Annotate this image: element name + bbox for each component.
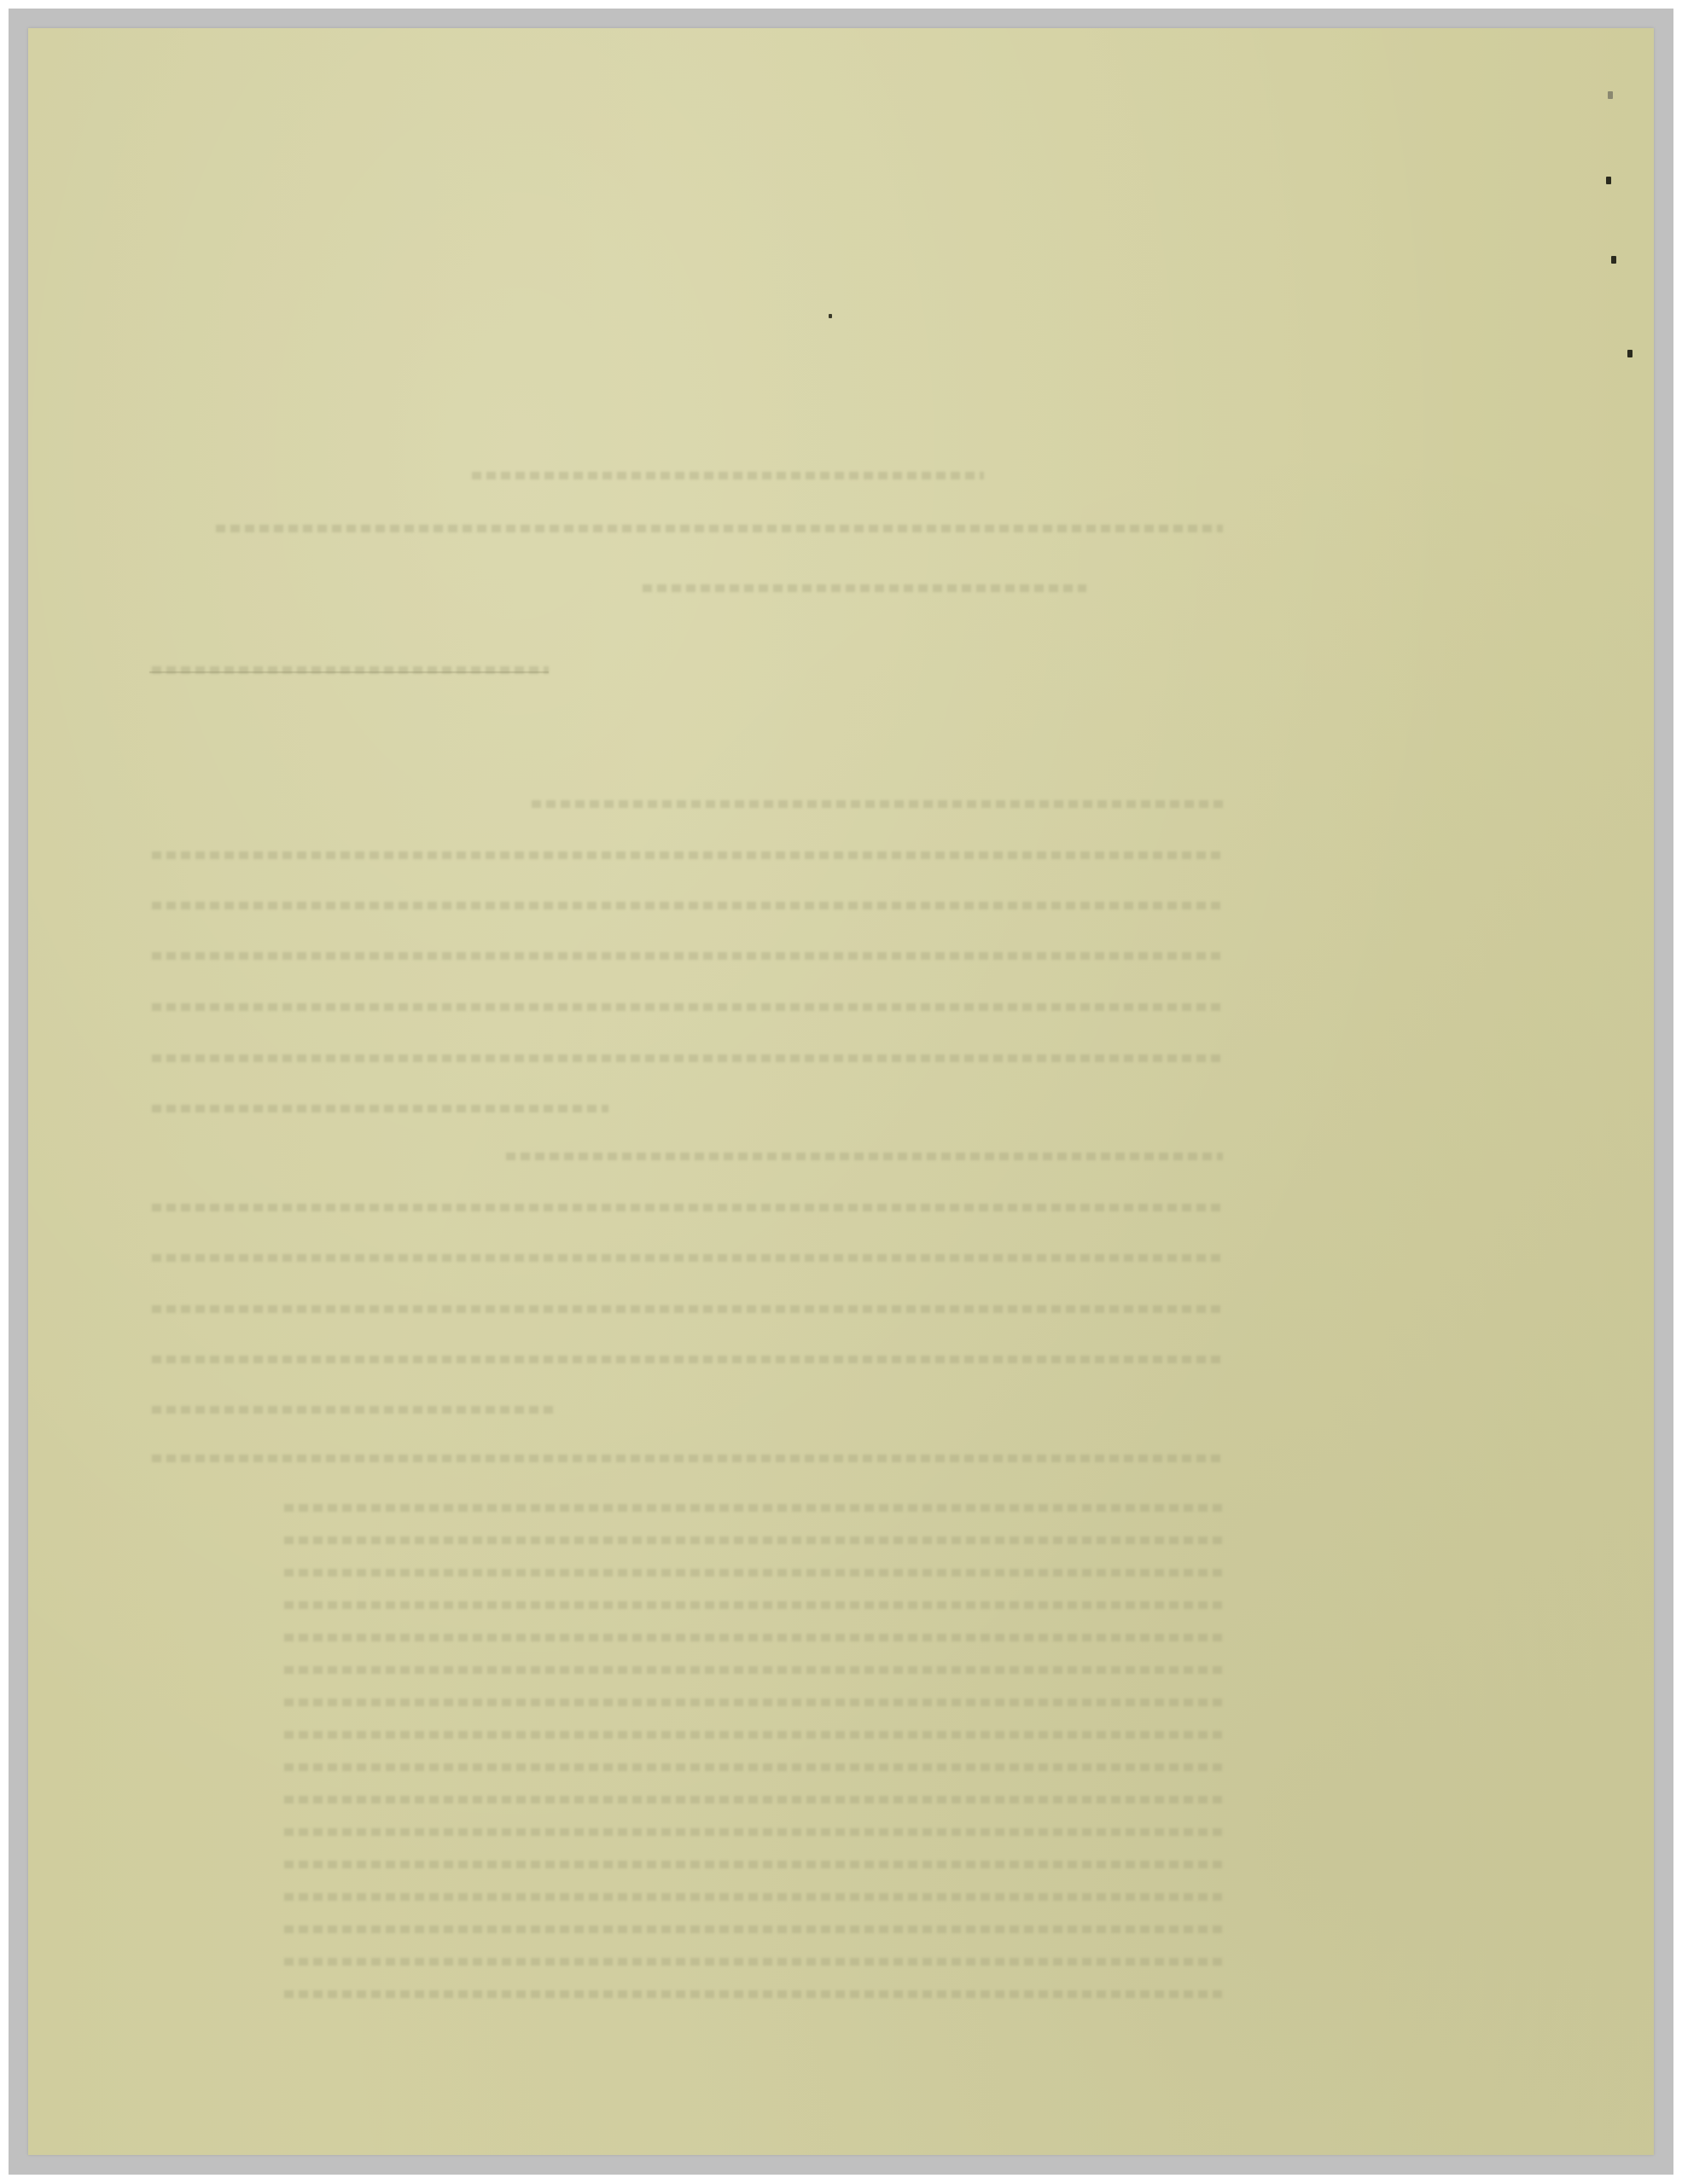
- show-through-line: [152, 952, 1223, 960]
- show-through-line: [284, 1796, 1223, 1804]
- show-through-line: [152, 1105, 608, 1112]
- show-through-line: [152, 851, 1223, 859]
- show-through-line: [284, 1536, 1223, 1544]
- staple-hole-icon: [1608, 91, 1613, 99]
- document-page: [28, 28, 1654, 2155]
- show-through-line: [284, 1731, 1223, 1739]
- show-through-line: [284, 1958, 1223, 1966]
- show-through-line: [152, 1305, 1223, 1313]
- show-through-line: [284, 1666, 1223, 1674]
- show-through-line: [152, 1356, 1223, 1363]
- show-through-line: [152, 1003, 1223, 1011]
- show-through-line: [216, 525, 1223, 532]
- show-through-line: [152, 1254, 1223, 1262]
- show-through-line: [152, 1204, 1223, 1211]
- show-through-line: [284, 1926, 1223, 1933]
- show-through-line: [506, 1153, 1223, 1160]
- show-through-line: [284, 1893, 1223, 1901]
- staple-hole-icon: [1611, 256, 1616, 264]
- show-through-line: [152, 1455, 1223, 1462]
- dust-speck: [829, 314, 832, 318]
- show-through-line: [643, 584, 1086, 592]
- show-through-line: [472, 472, 984, 479]
- show-through-line: [532, 800, 1223, 808]
- show-through-line: [284, 1504, 1223, 1512]
- show-through-line: [284, 1861, 1223, 1868]
- show-through-line: [284, 1699, 1223, 1706]
- show-through-line: [284, 1601, 1223, 1609]
- document-text: [28, 28, 29, 29]
- heading-underline: [149, 671, 549, 673]
- staple-hole-icon: [1627, 350, 1633, 357]
- show-through-line: [284, 1634, 1223, 1641]
- show-through-line: [152, 902, 1223, 909]
- show-through-line: [152, 1406, 557, 1414]
- staple-hole-icon: [1606, 177, 1611, 184]
- show-through-line: [284, 1569, 1223, 1577]
- show-through-line: [152, 1054, 1223, 1062]
- show-through-line: [284, 1763, 1223, 1771]
- show-through-line: [284, 1990, 1223, 1998]
- show-through-line: [284, 1828, 1223, 1836]
